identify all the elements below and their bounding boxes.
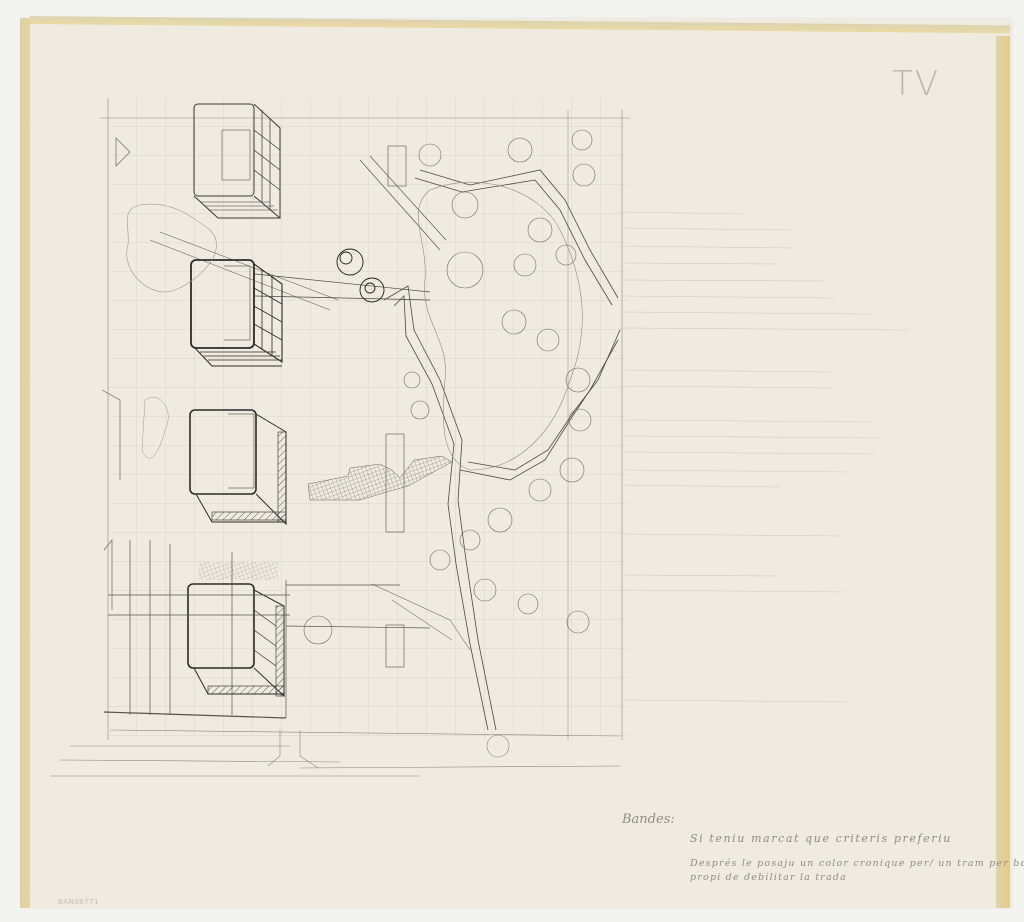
- annotation-line-1: Si teniu marcat que criteris preferiu: [690, 832, 952, 845]
- construction-grid: [100, 98, 630, 740]
- annotation-line-3: propi de debilitar la trada: [690, 872, 847, 883]
- sheet-label: TV: [892, 64, 940, 104]
- annotation-line-2: Després le posaju un color cronique per/…: [690, 858, 1024, 869]
- archive-mark: BAN08771: [58, 898, 99, 906]
- annotation-title: Bandes:: [622, 812, 675, 827]
- guide-lines: [622, 212, 908, 702]
- site-plan-drawing: [0, 0, 1024, 922]
